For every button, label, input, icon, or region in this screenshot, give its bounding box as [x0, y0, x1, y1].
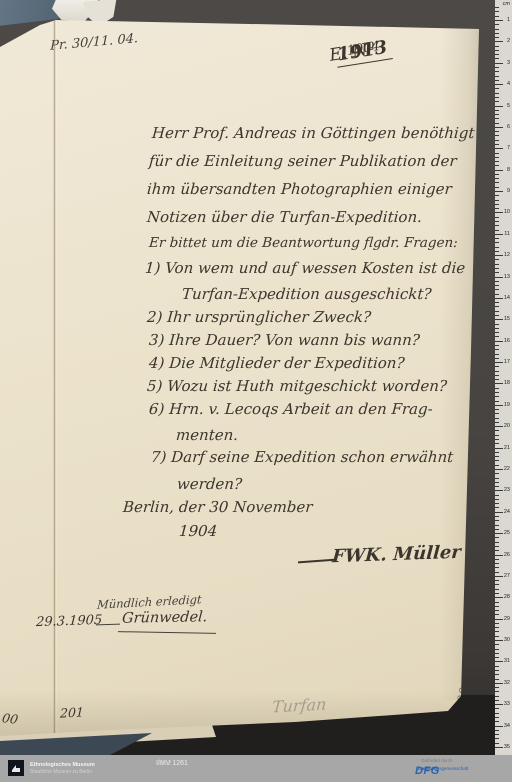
ruler-tick [495, 247, 499, 248]
reference-line2: 0222 [156, 759, 172, 768]
ruler-tick [495, 627, 499, 628]
ruler-tick [495, 161, 499, 162]
ruler-tick [495, 93, 499, 94]
ruler-number: 5 [495, 103, 510, 109]
ruler-tick [495, 375, 499, 376]
ruler-number: 32 [495, 680, 510, 686]
dfg-name-line2: Forschungsgemeinschaft [418, 766, 468, 771]
ruler-tick [495, 503, 499, 504]
ruler-tick [495, 439, 499, 440]
ruler-tick [495, 135, 499, 136]
ruler-tick [495, 413, 499, 414]
ruler-tick [495, 328, 499, 329]
ruler-number: 33 [495, 701, 510, 707]
ruler-tick [495, 195, 499, 196]
ruler-tick [495, 691, 499, 692]
handwritten-line: 7) Darf seine Expedition schon erwähnt [150, 450, 453, 465]
ruler-number: 35 [495, 744, 510, 750]
ruler-tick [495, 306, 499, 307]
handwritten-line: Turfan-Expedition ausgeschickt? [181, 287, 432, 302]
ruler-tick [495, 418, 499, 419]
ruler-tick [495, 97, 499, 98]
ruler-number: 14 [495, 295, 510, 301]
ruler-number: 8 [495, 167, 510, 173]
ruler-number: 28 [495, 594, 510, 600]
ruler-number: 20 [495, 423, 510, 429]
ruler-tick [495, 153, 499, 154]
funded-by-label: Gefördert durch [421, 758, 453, 763]
ruler-tick [495, 225, 499, 226]
museum-subtitle: Staatliche Museen zu Berlin [30, 769, 92, 775]
handwritten-line: 5) Wozu ist Huth mitgeschickt worden? [146, 379, 447, 394]
ruler-tick [495, 50, 499, 51]
ruler-tick [495, 602, 499, 603]
ruler-number: 13 [495, 274, 510, 280]
ruler-tick [495, 606, 499, 607]
ruler-tick [495, 653, 499, 654]
ruler-tick [495, 281, 499, 282]
handwritten-line: Herr Prof. Andreas in Göttingen benöthig… [151, 126, 474, 141]
ruler-tick [495, 409, 499, 410]
ruler-tick [495, 324, 499, 325]
ruler-tick [495, 520, 499, 521]
ruler-tick [495, 610, 499, 611]
ruler-number: 9 [495, 188, 510, 194]
ruler-tick [495, 563, 499, 564]
ruler-tick [495, 157, 499, 158]
ruler-tick [495, 388, 499, 389]
handwritten-line: werden? [176, 477, 242, 492]
ruler-tick [495, 396, 499, 397]
ruler-tick [495, 221, 499, 222]
museum-logo-icon [8, 760, 24, 776]
ruler-tick [495, 584, 499, 585]
ruler-tick [495, 182, 499, 183]
ruler-tick [495, 644, 499, 645]
ruler-tick [495, 29, 499, 30]
ruler-number: 12 [495, 252, 510, 258]
ruler-tick [495, 730, 499, 731]
handwritten-line: Notizen über die Turfan-Expedition. [146, 210, 422, 225]
signature-flourish [298, 559, 336, 563]
ruler-tick [495, 738, 499, 739]
scanned-document-photo: Pr. 30/11. 04. E. Nº19131904 Herr Prof. … [0, 0, 512, 782]
ruler-tick [495, 687, 499, 688]
handwritten-line: 2) Ihr ursprünglicher Zweck? [146, 310, 371, 325]
ruler-tick [495, 717, 499, 718]
handwritten-line: menten. [175, 428, 238, 443]
ruler-tick [495, 110, 499, 111]
ruler-number: 29 [495, 616, 510, 622]
handwritten-line: 3) Ihre Dauer? Von wann bis wann? [148, 333, 420, 348]
ruler-tick [495, 631, 499, 632]
ruler-tick [495, 354, 499, 355]
ruler-tick [495, 525, 499, 526]
ruler-number: 1 [495, 17, 510, 23]
ruler-tick [495, 580, 499, 581]
ruler-tick [495, 67, 499, 68]
ruler-number: 4 [495, 81, 510, 87]
ruler-number: 18 [495, 380, 510, 386]
ruler-tick [495, 473, 499, 474]
ruler-number: 23 [495, 487, 510, 493]
ruler-number: 22 [495, 466, 510, 472]
ruler-number: 31 [495, 658, 510, 664]
ruler-ticks: 1234567891011121314151617181920212223242… [495, 0, 512, 755]
ruler-tick [495, 713, 499, 714]
handwritten-line: 1904 [178, 524, 217, 539]
ruler-tick [495, 452, 499, 453]
resolution-dash [96, 624, 120, 626]
ruler-tick [495, 238, 499, 239]
ruler-tick [495, 174, 499, 175]
ruler-number: 25 [495, 530, 510, 536]
ruler-number: 2 [495, 38, 510, 44]
resolution-date: 29.3.1905 [36, 614, 103, 629]
ruler-tick [495, 204, 499, 205]
ruler-tick [495, 46, 499, 47]
ruler-tick [495, 11, 499, 12]
ruler-tick [495, 670, 499, 671]
ruler-tick [495, 259, 499, 260]
ruler-tick [495, 131, 499, 132]
handwritten-line: 1) Von wem und auf wessen Kosten ist die [144, 261, 465, 276]
ruler-tick [495, 456, 499, 457]
ruler-number: 10 [495, 209, 510, 215]
measurement-ruler: cm 1234567891011121314151617181920212223… [495, 0, 512, 755]
ruler-number: 19 [495, 402, 510, 408]
ruler-tick [495, 482, 499, 483]
ruler-tick [495, 302, 499, 303]
ruler-number: 30 [495, 637, 510, 643]
ruler-tick [495, 649, 499, 650]
ruler-tick [495, 546, 499, 547]
ruler-number: 7 [495, 145, 510, 151]
ruler-tick [495, 268, 499, 269]
ruler-tick [495, 460, 499, 461]
ruler-tick [495, 242, 499, 243]
ruler-number: 6 [495, 124, 510, 130]
resolution-signature: Grünwedel. [121, 610, 207, 626]
ruler-tick [495, 71, 499, 72]
ruler-number: 21 [495, 445, 510, 451]
ruler-tick [495, 567, 499, 568]
handwritten-line: Berlin, der 30 November [122, 500, 313, 515]
ruler-number: 15 [495, 316, 510, 322]
ruler-tick [495, 332, 499, 333]
ruler-tick [495, 114, 499, 115]
ruler-tick [495, 430, 499, 431]
ruler-tick [495, 623, 499, 624]
ruler-tick [495, 140, 499, 141]
page-sheet: Pr. 30/11. 04. E. Nº19131904 Herr Prof. … [0, 0, 512, 782]
ruler-tick [495, 285, 499, 286]
ruler-number: 3 [495, 60, 510, 66]
museum-name: Ethnologisches Museum [30, 762, 95, 768]
ruler-tick [495, 349, 499, 350]
ruler-tick [495, 708, 499, 709]
handwritten-line: 6) Hrn. v. Lecoqs Arbeit an den Frag- [148, 402, 433, 417]
ruler-tick [495, 495, 499, 496]
ruler-tick [495, 696, 499, 697]
ruler-tick [495, 217, 499, 218]
signature: FWK. Müller [331, 544, 461, 567]
ruler-tick [495, 264, 499, 265]
ruler-tick [495, 24, 499, 25]
resolution-underline [118, 631, 216, 634]
handwritten-line: Er bittet um die Beantwortung flgdr. Fra… [149, 237, 459, 251]
ruler-tick [495, 674, 499, 675]
ruler-tick [495, 734, 499, 735]
ruler-tick [495, 311, 499, 312]
ruler-number: 27 [495, 573, 510, 579]
ruler-number: 26 [495, 552, 510, 558]
page-number-partial: 00 [1, 712, 19, 726]
ruler-tick [495, 392, 499, 393]
ruler-tick [495, 76, 499, 77]
ruler-tick [495, 559, 499, 560]
ruler-number: 16 [495, 338, 510, 344]
ruler-tick [495, 542, 499, 543]
ruler-number: 17 [495, 359, 510, 365]
ruler-tick [495, 366, 499, 367]
ruler-tick [495, 589, 499, 590]
footer-bar: Ethnologisches Museum Staatliche Museen … [0, 755, 512, 782]
ruler-tick [495, 478, 499, 479]
ruler-tick [495, 435, 499, 436]
ruler-tick [495, 499, 499, 500]
pencil-note: Turfan [271, 697, 327, 716]
handwritten-line: für die Einleitung seiner Publikation de… [148, 154, 457, 169]
dfg-logo: Gefördert durch DFGDeutscheForschungsgem… [415, 758, 505, 780]
presentation-note: Pr. 30/11. 04. [50, 32, 138, 53]
ruler-tick [495, 289, 499, 290]
ruler-tick [495, 54, 499, 55]
ruler-tick [495, 33, 499, 34]
ruler-number: 24 [495, 509, 510, 515]
ruler-tick [495, 200, 499, 201]
ruler-tick [495, 178, 499, 179]
ruler-tick [495, 7, 499, 8]
museum-branding: Ethnologisches Museum Staatliche Museen … [8, 760, 168, 778]
ruler-number: 34 [495, 723, 510, 729]
ruler-tick [495, 345, 499, 346]
ruler-tick [495, 371, 499, 372]
ruler-tick [495, 516, 499, 517]
ruler-tick [495, 118, 499, 119]
page-number: 201 [60, 706, 84, 720]
handwritten-line: ihm übersandten Photographien einiger [146, 182, 452, 197]
ruler-tick [495, 666, 499, 667]
ruler-number: 11 [495, 231, 510, 237]
handwritten-line: 4) Die Mitglieder der Expedition? [148, 356, 405, 371]
ruler-tick [495, 537, 499, 538]
ruler-tick [495, 88, 499, 89]
